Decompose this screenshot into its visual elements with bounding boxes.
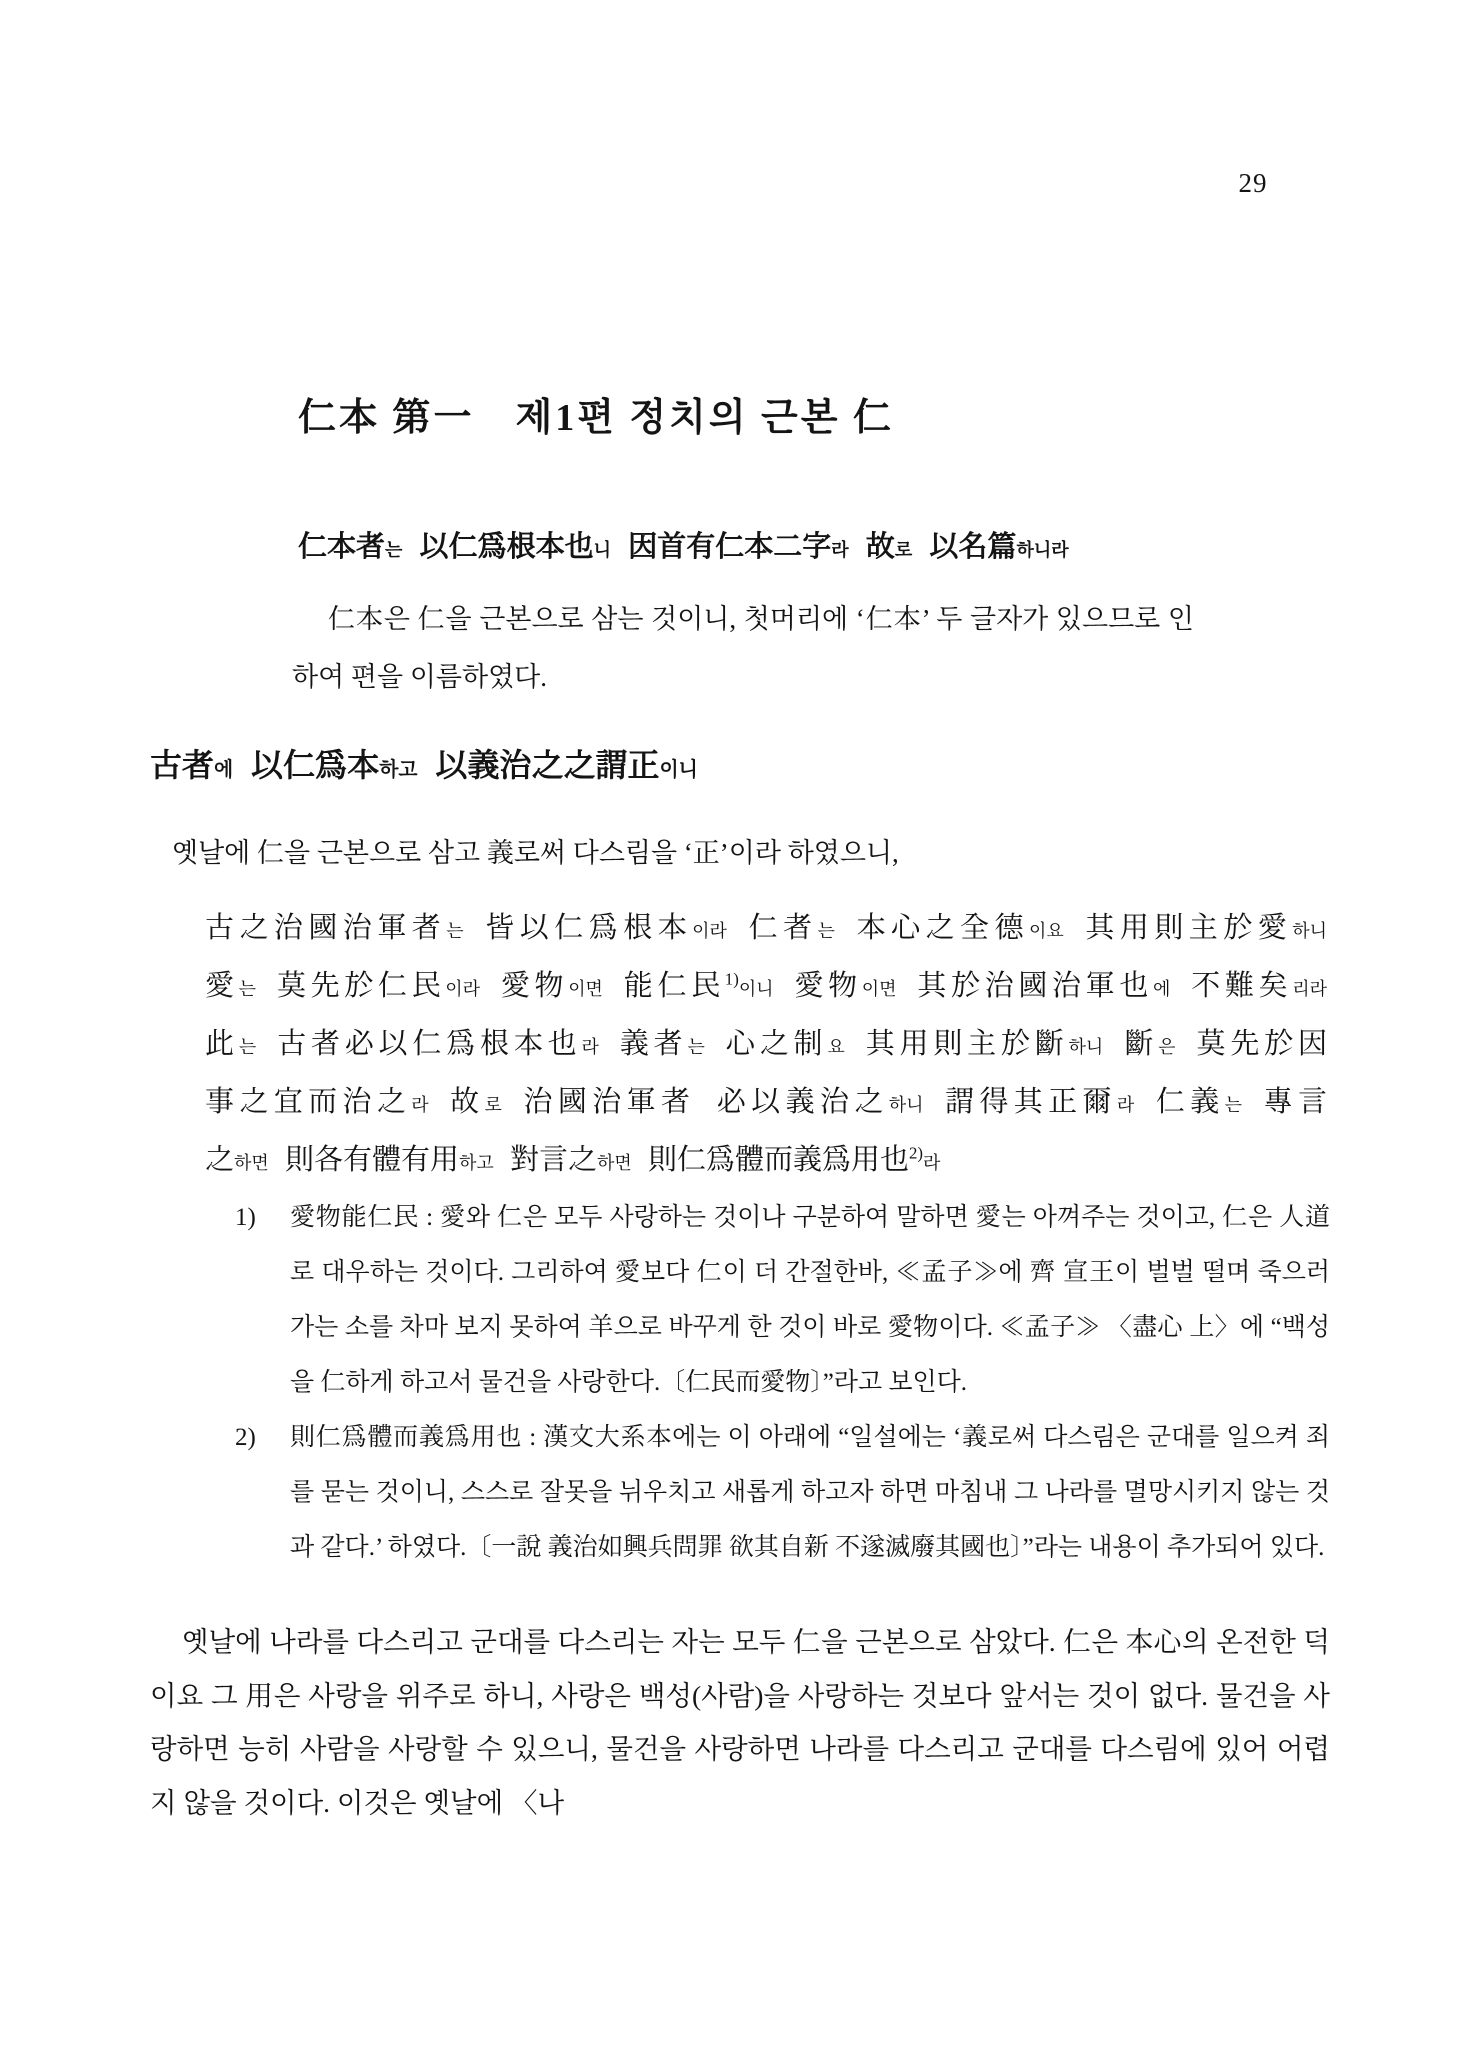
footnote-text: 則仁爲體而義爲用也 : 漢文大系本에는 이 아래에 “일설에는 ‘義로써 다스림… (290, 1424, 1330, 1561)
footnote-1: 1) 愛物能仁民 : 愛와 仁은 모두 사랑하는 것이나 구분하여 말하면 愛는… (235, 1190, 1330, 1410)
intro-hanmun-line: 仁本者는 以仁爲根本也니 因首有仁本二字라 故로 以名篇하니라 (298, 524, 1069, 565)
page-number: 29 (1218, 168, 1288, 199)
body-translation: 옛날에 나라를 다스리고 군대를 다스리는 자는 모두 仁을 근본으로 삼았다.… (150, 1615, 1330, 1829)
section-heading-hanmun: 古者에 以仁爲本하고 以義治之之謂正이니 (150, 740, 698, 786)
commentary-block: 古之治國治軍者는 皆以仁爲根本이라 仁者는 本心之全德이요 其用則主於愛하니 愛… (205, 901, 1327, 1191)
footnote-text: 愛物能仁民 : 愛와 仁은 모두 사랑하는 것이나 구분하여 말하면 愛는 아껴… (290, 1204, 1330, 1396)
commentary-line: 之하면 則各有體有用하고 對言之하면 則仁爲體而義爲用也2)라 (205, 1133, 1327, 1191)
chapter-title: 仁本 第一 제1편 정치의 근본 仁 (298, 386, 894, 441)
document-page: 29 仁本 第一 제1편 정치의 근본 仁 仁本者는 以仁爲根本也니 因首有仁本… (0, 0, 1480, 2048)
commentary-line: 此는 古者必以仁爲根本也라 義者는 心之制요 其用則主於斷하니 斷은 莫先於因 (205, 1017, 1327, 1075)
footnotes-block: 1) 愛物能仁民 : 愛와 仁은 모두 사랑하는 것이나 구분하여 말하면 愛는… (235, 1190, 1330, 1575)
intro-translation: 仁本은 仁을 근본으로 삼는 것이니, 첫머리에 ‘仁本’ 두 글자가 있으므로… (292, 590, 1194, 706)
footnote-2: 2) 則仁爲體而義爲用也 : 漢文大系本에는 이 아래에 “일설에는 ‘義로써 … (235, 1410, 1330, 1575)
commentary-line: 古之治國治軍者는 皆以仁爲根本이라 仁者는 本心之全德이요 其用則主於愛하니 (205, 901, 1327, 959)
footnote-label: 1) (235, 1190, 256, 1245)
footnote-label: 2) (235, 1410, 256, 1465)
commentary-line: 愛는 莫先於仁民이라 愛物이면 能仁民1)이니 愛物이면 其於治國治軍也에 不難… (205, 959, 1327, 1017)
section-heading-translation: 옛날에 仁을 근본으로 삼고 義로써 다스림을 ‘正’이라 하였으니, (172, 831, 899, 870)
commentary-line: 事之宜而治之라 故로 治國治軍者 必以義治之하니 謂得其正爾라 仁義는 專言 (205, 1075, 1327, 1133)
